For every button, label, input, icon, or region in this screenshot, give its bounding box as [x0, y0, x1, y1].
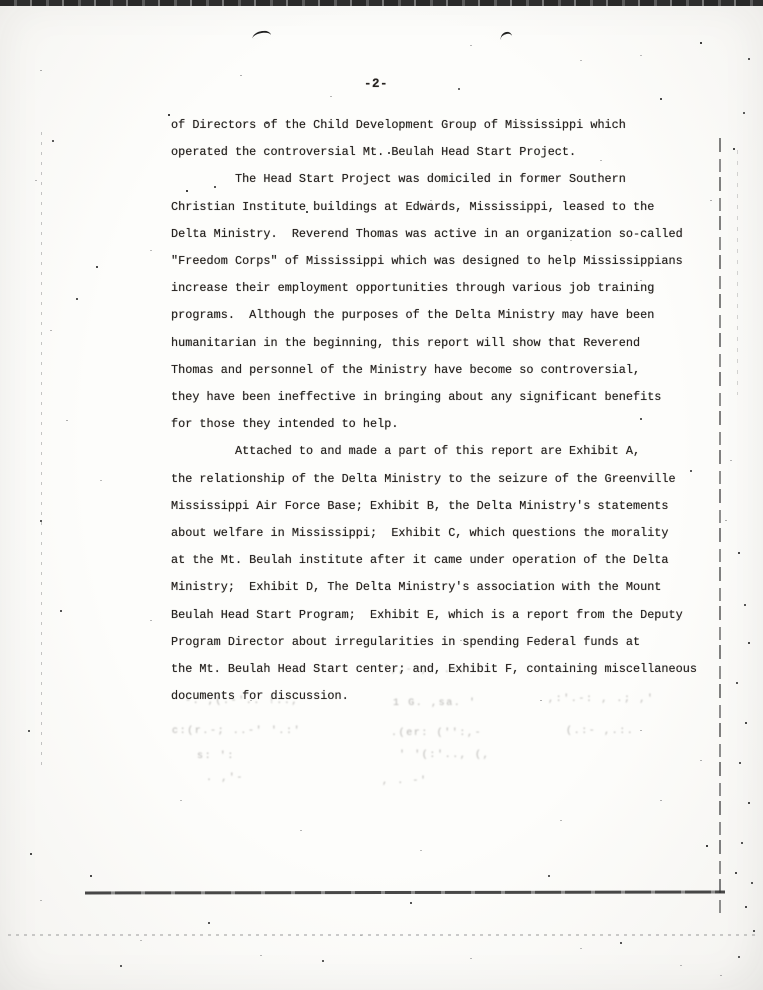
scan-line-bottom	[85, 891, 725, 895]
page-number: -2-	[364, 77, 388, 91]
scanned-document-page: -2- of Directors of the Child Developmen…	[0, 0, 763, 990]
body-line: Program Director about irregularities in…	[171, 629, 731, 656]
body-line: "Freedom Corps" of Mississippi which was…	[171, 248, 731, 275]
body-line: humanitarian in the beginning, this repo…	[171, 330, 731, 357]
pen-mark-left	[252, 30, 272, 39]
body-line: of Directors of the Child Development Gr…	[171, 112, 731, 139]
body-line: Ministry; Exhibit D, The Delta Ministry'…	[171, 574, 731, 601]
scan-edge-top	[0, 0, 763, 6]
body-line: Delta Ministry. Reverend Thomas was acti…	[171, 221, 731, 248]
body-line: the relationship of the Delta Ministry t…	[171, 466, 731, 493]
body-line: for those they intended to help.	[171, 411, 731, 438]
body-line: Beulah Head Start Program; Exhibit E, wh…	[171, 602, 731, 629]
body-line: about welfare in Mississippi; Exhibit C,…	[171, 520, 731, 547]
pen-mark-right	[499, 31, 512, 40]
body-line: increase their employment opportunities …	[171, 275, 731, 302]
ghost-text-smudge: ,:'.-: , .; ,'	[548, 694, 654, 705]
ghost-text-smudge: ';,-:, .-.	[383, 665, 467, 676]
body-line: they have been ineffective in bringing a…	[171, 384, 731, 411]
body-line: Mississippi Air Force Base; Exhibit B, t…	[171, 493, 731, 520]
body-line: Attached to and made a part of this repo…	[171, 438, 731, 465]
ghost-text-smudge: (.:- ,.:.	[566, 726, 634, 737]
ghost-text-smudge: ' '(:'.., (,	[399, 750, 490, 761]
ghost-text-smudge: s: ':	[197, 751, 235, 762]
body-line: Thomas and personnel of the Ministry hav…	[171, 357, 731, 384]
scan-fold-line-right	[719, 138, 721, 913]
ghost-text-smudge: . ,'-	[206, 773, 244, 784]
ghost-text-smudge: -. ,(.-'.. !..,	[185, 696, 299, 707]
ghost-text-smudge: .(er: ('':,-	[391, 728, 482, 739]
noise-specks-light	[0, 0, 2, 1]
scan-line-bottom-faint	[8, 934, 756, 936]
scan-fold-line-right-secondary	[737, 150, 738, 395]
scan-fold-line-left	[41, 132, 42, 772]
document-body: of Directors of the Child Development Gr…	[171, 112, 731, 710]
ghost-text-smudge: c:(r.-; ..-' '.:'	[172, 726, 301, 737]
ghost-text-smudge: , . -'	[382, 776, 428, 787]
body-line: at the Mt. Beulah institute after it cam…	[171, 547, 731, 574]
body-line: operated the controversial Mt. Beulah He…	[171, 139, 731, 166]
body-line: Christian Institute buildings at Edwards…	[171, 194, 731, 221]
body-line: The Head Start Project was domiciled in …	[171, 166, 731, 193]
body-line: programs. Although the purposes of the D…	[171, 302, 731, 329]
ghost-text-smudge: 1 G. ,sa. '	[393, 698, 477, 709]
